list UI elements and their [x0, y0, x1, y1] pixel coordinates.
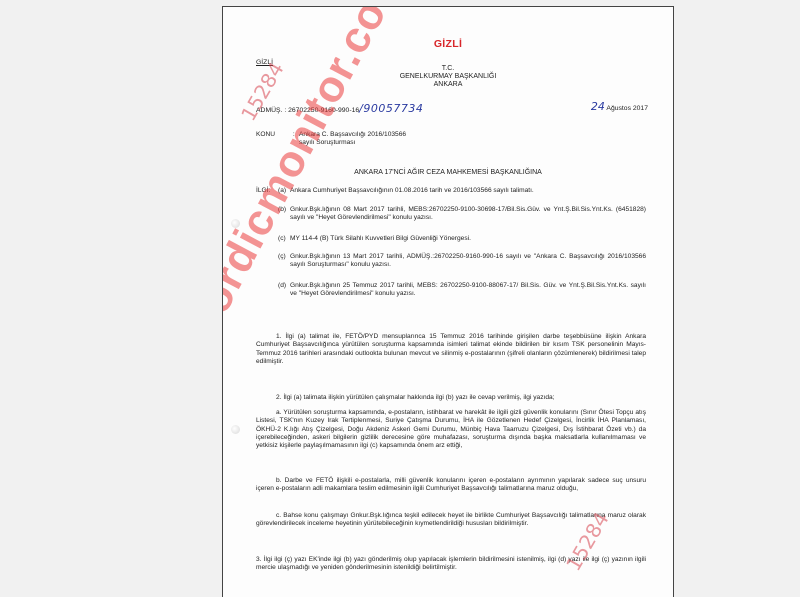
- paragraph-1: 1. İlgi (a) talimat ile, FETÖ/PYD mensup…: [256, 333, 646, 366]
- reference-number: ADMÜŞ. : 26702250-9160-990-16/90057734: [256, 105, 646, 115]
- reference-label: ADMÜŞ.: [256, 107, 282, 114]
- reference-text: Gnkur.Bşk.lığının 08 Mart 2017 tarihli, …: [290, 206, 646, 223]
- punch-hole: [231, 219, 240, 228]
- reference-item: (d) Gnkur.Bşk.lığının 25 Temmuz 2017 tar…: [278, 282, 646, 299]
- letterhead-line: T.C.: [223, 65, 673, 73]
- reference-key: (ç): [278, 253, 286, 261]
- subject-text: Ankara C. Başsavcılığı 2016/103566 sayıl…: [299, 131, 406, 148]
- reference-separator: :: [284, 107, 286, 114]
- letterhead: T.C. GENELKURMAY BAŞKANLIĞI ANKARA: [223, 65, 673, 89]
- reference-item: (a) Ankara Cumhuriyet Başsavcılığının 01…: [278, 187, 646, 195]
- date-month-year: Ağustos 2017: [606, 105, 648, 112]
- document-page: GİZLİ GİZLİ T.C. GENELKURMAY BAŞKANLIĞI …: [222, 6, 674, 597]
- paragraph-2c: c. Bahse konu çalışmayı Gnkur.Bşk.lığınc…: [256, 512, 646, 529]
- document-date: 24 Ağustos 2017: [591, 103, 648, 113]
- paragraph-2: 2. İlgi (a) talimata ilişkin yürütülen ç…: [256, 394, 646, 402]
- reference-key: (c): [278, 235, 286, 243]
- paragraph-2a: a. Yürütülen soruşturma kapsamında, e-po…: [256, 409, 646, 450]
- reference-text: Ankara Cumhuriyet Başsavcılığının 01.08.…: [290, 187, 646, 195]
- punch-hole: [231, 425, 240, 434]
- reference-item: (c) MY 114-4 (B) Türk Silahlı Kuvvetleri…: [278, 235, 646, 243]
- reference-item: (b) Gnkur.Bşk.lığının 08 Mart 2017 tarih…: [278, 206, 646, 223]
- subject-label: KONU: [256, 131, 291, 139]
- subject-block: KONU : Ankara C. Başsavcılığı 2016/10356…: [256, 131, 646, 139]
- classification-header: GİZLİ: [223, 40, 673, 48]
- reference-key: (d): [278, 282, 286, 290]
- paragraph-3: 3. İlgi ilgi (ç) yazı EK'inde ilgi (b) y…: [256, 556, 646, 573]
- subject-line: Ankara C. Başsavcılığı 2016/103566: [299, 131, 406, 139]
- reference-key: (a): [278, 187, 286, 195]
- subject-line: sayılı Soruşturması: [299, 139, 406, 147]
- reference-text: Gnkur.Bşk.lığının 25 Temmuz 2017 tarihli…: [290, 282, 646, 299]
- subject-separator: :: [293, 131, 295, 138]
- reference-text: MY 114-4 (B) Türk Silahlı Kuvvetleri Bil…: [290, 235, 646, 243]
- references-label: İLGİ:: [256, 187, 270, 195]
- letterhead-line: ANKARA: [223, 81, 673, 89]
- reference-text: Gnkur.Bşk.lığının 13 Mart 2017 tarihli, …: [290, 253, 646, 270]
- reference-key: (b): [278, 206, 286, 214]
- paragraph-2b: b. Darbe ve FETÖ ilişkili e-postalarla, …: [256, 477, 646, 494]
- addressee: ANKARA 17'NCİ AĞIR CEZA MAHKEMESİ BAŞKAN…: [223, 169, 673, 177]
- reference-value: 26702250-9160-990-16: [288, 107, 359, 114]
- handwritten-day: 24: [591, 100, 605, 113]
- reference-item: (ç) Gnkur.Bşk.lığının 13 Mart 2017 tarih…: [278, 253, 646, 270]
- handwritten-number: /90057734: [359, 102, 423, 115]
- letterhead-line: GENELKURMAY BAŞKANLIĞI: [223, 73, 673, 81]
